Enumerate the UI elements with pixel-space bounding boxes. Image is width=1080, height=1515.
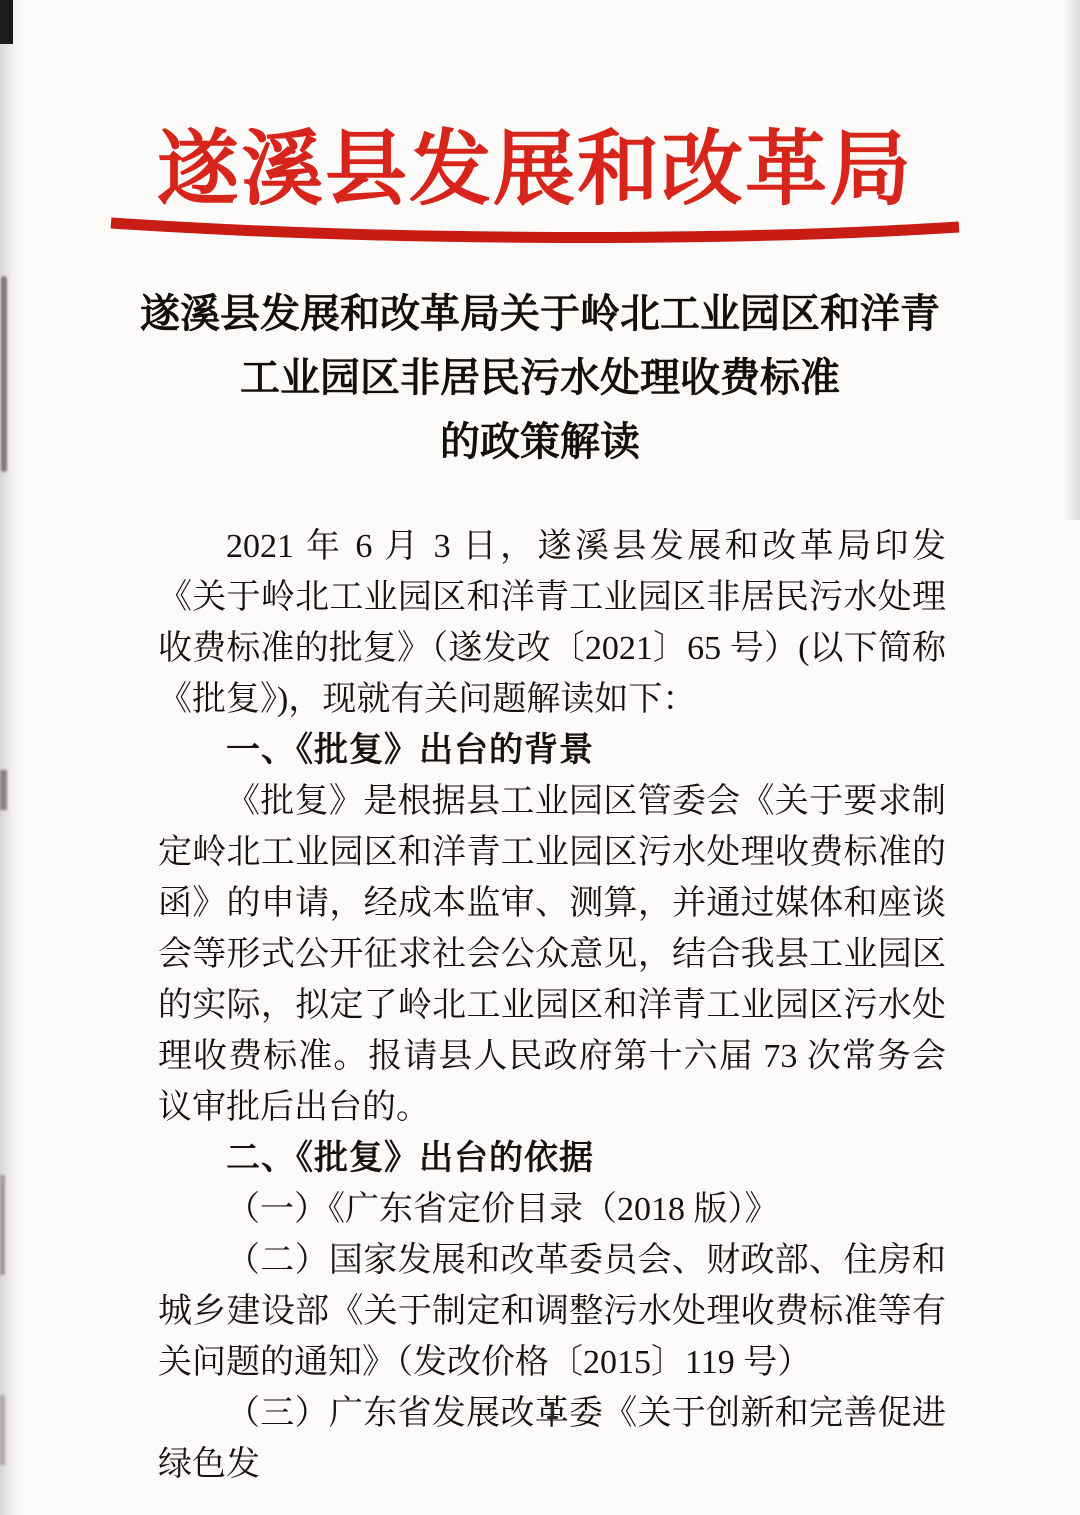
document-title-line-2: 工业园区非居民污水处理收费标准 — [60, 346, 1020, 410]
scan-artifact-left-edge — [0, 0, 24, 1515]
scanned-document-page: 遂溪县发展和改革局 遂溪县发展和改革局关于岭北工业园区和洋青 工业园区非居民污水… — [0, 0, 1080, 1515]
scan-artifact-smudge — [0, 1175, 5, 1275]
document-title: 遂溪县发展和改革局关于岭北工业园区和洋青 工业园区非居民污水处理收费标准 的政策… — [60, 282, 1020, 474]
paragraph-intro: 2021 年 6 月 3 日，遂溪县发展和改革局印发《关于岭北工业园区和洋青工业… — [158, 521, 946, 725]
scan-artifact-right-edge — [1064, 0, 1080, 520]
paragraph-background: 《批复》是根据县工业园区管委会《关于要求制定岭北工业园区和洋青工业园区污水处理收… — [158, 776, 946, 1133]
scan-artifact-smudge — [0, 1395, 5, 1465]
paragraph-basis-2: （二）国家发展和改革委员会、财政部、住房和城乡建设部《关于制定和调整污水处理收费… — [158, 1235, 946, 1388]
heading-section-1: 一、《批复》出台的背景 — [158, 725, 946, 776]
scan-artifact-corner-mark — [0, 0, 13, 44]
scan-artifact-smudge — [0, 770, 7, 810]
scan-artifact-smudge — [1, 276, 7, 472]
red-divider-line — [106, 214, 964, 248]
agency-letterhead: 遂溪县发展和改革局 — [0, 104, 1070, 221]
document-body: 2021 年 6 月 3 日，遂溪县发展和改革局印发《关于岭北工业园区和洋青工业… — [158, 521, 946, 1490]
document-title-line-1: 遂溪县发展和改革局关于岭北工业园区和洋青 — [60, 282, 1020, 346]
document-title-line-3: 的政策解读 — [60, 410, 1020, 474]
heading-section-2: 二、《批复》出台的依据 — [158, 1133, 946, 1184]
paragraph-basis-1: （一）《广东省定价目录（2018 版）》 — [158, 1184, 946, 1235]
page-number: 1 — [158, 1399, 946, 1425]
